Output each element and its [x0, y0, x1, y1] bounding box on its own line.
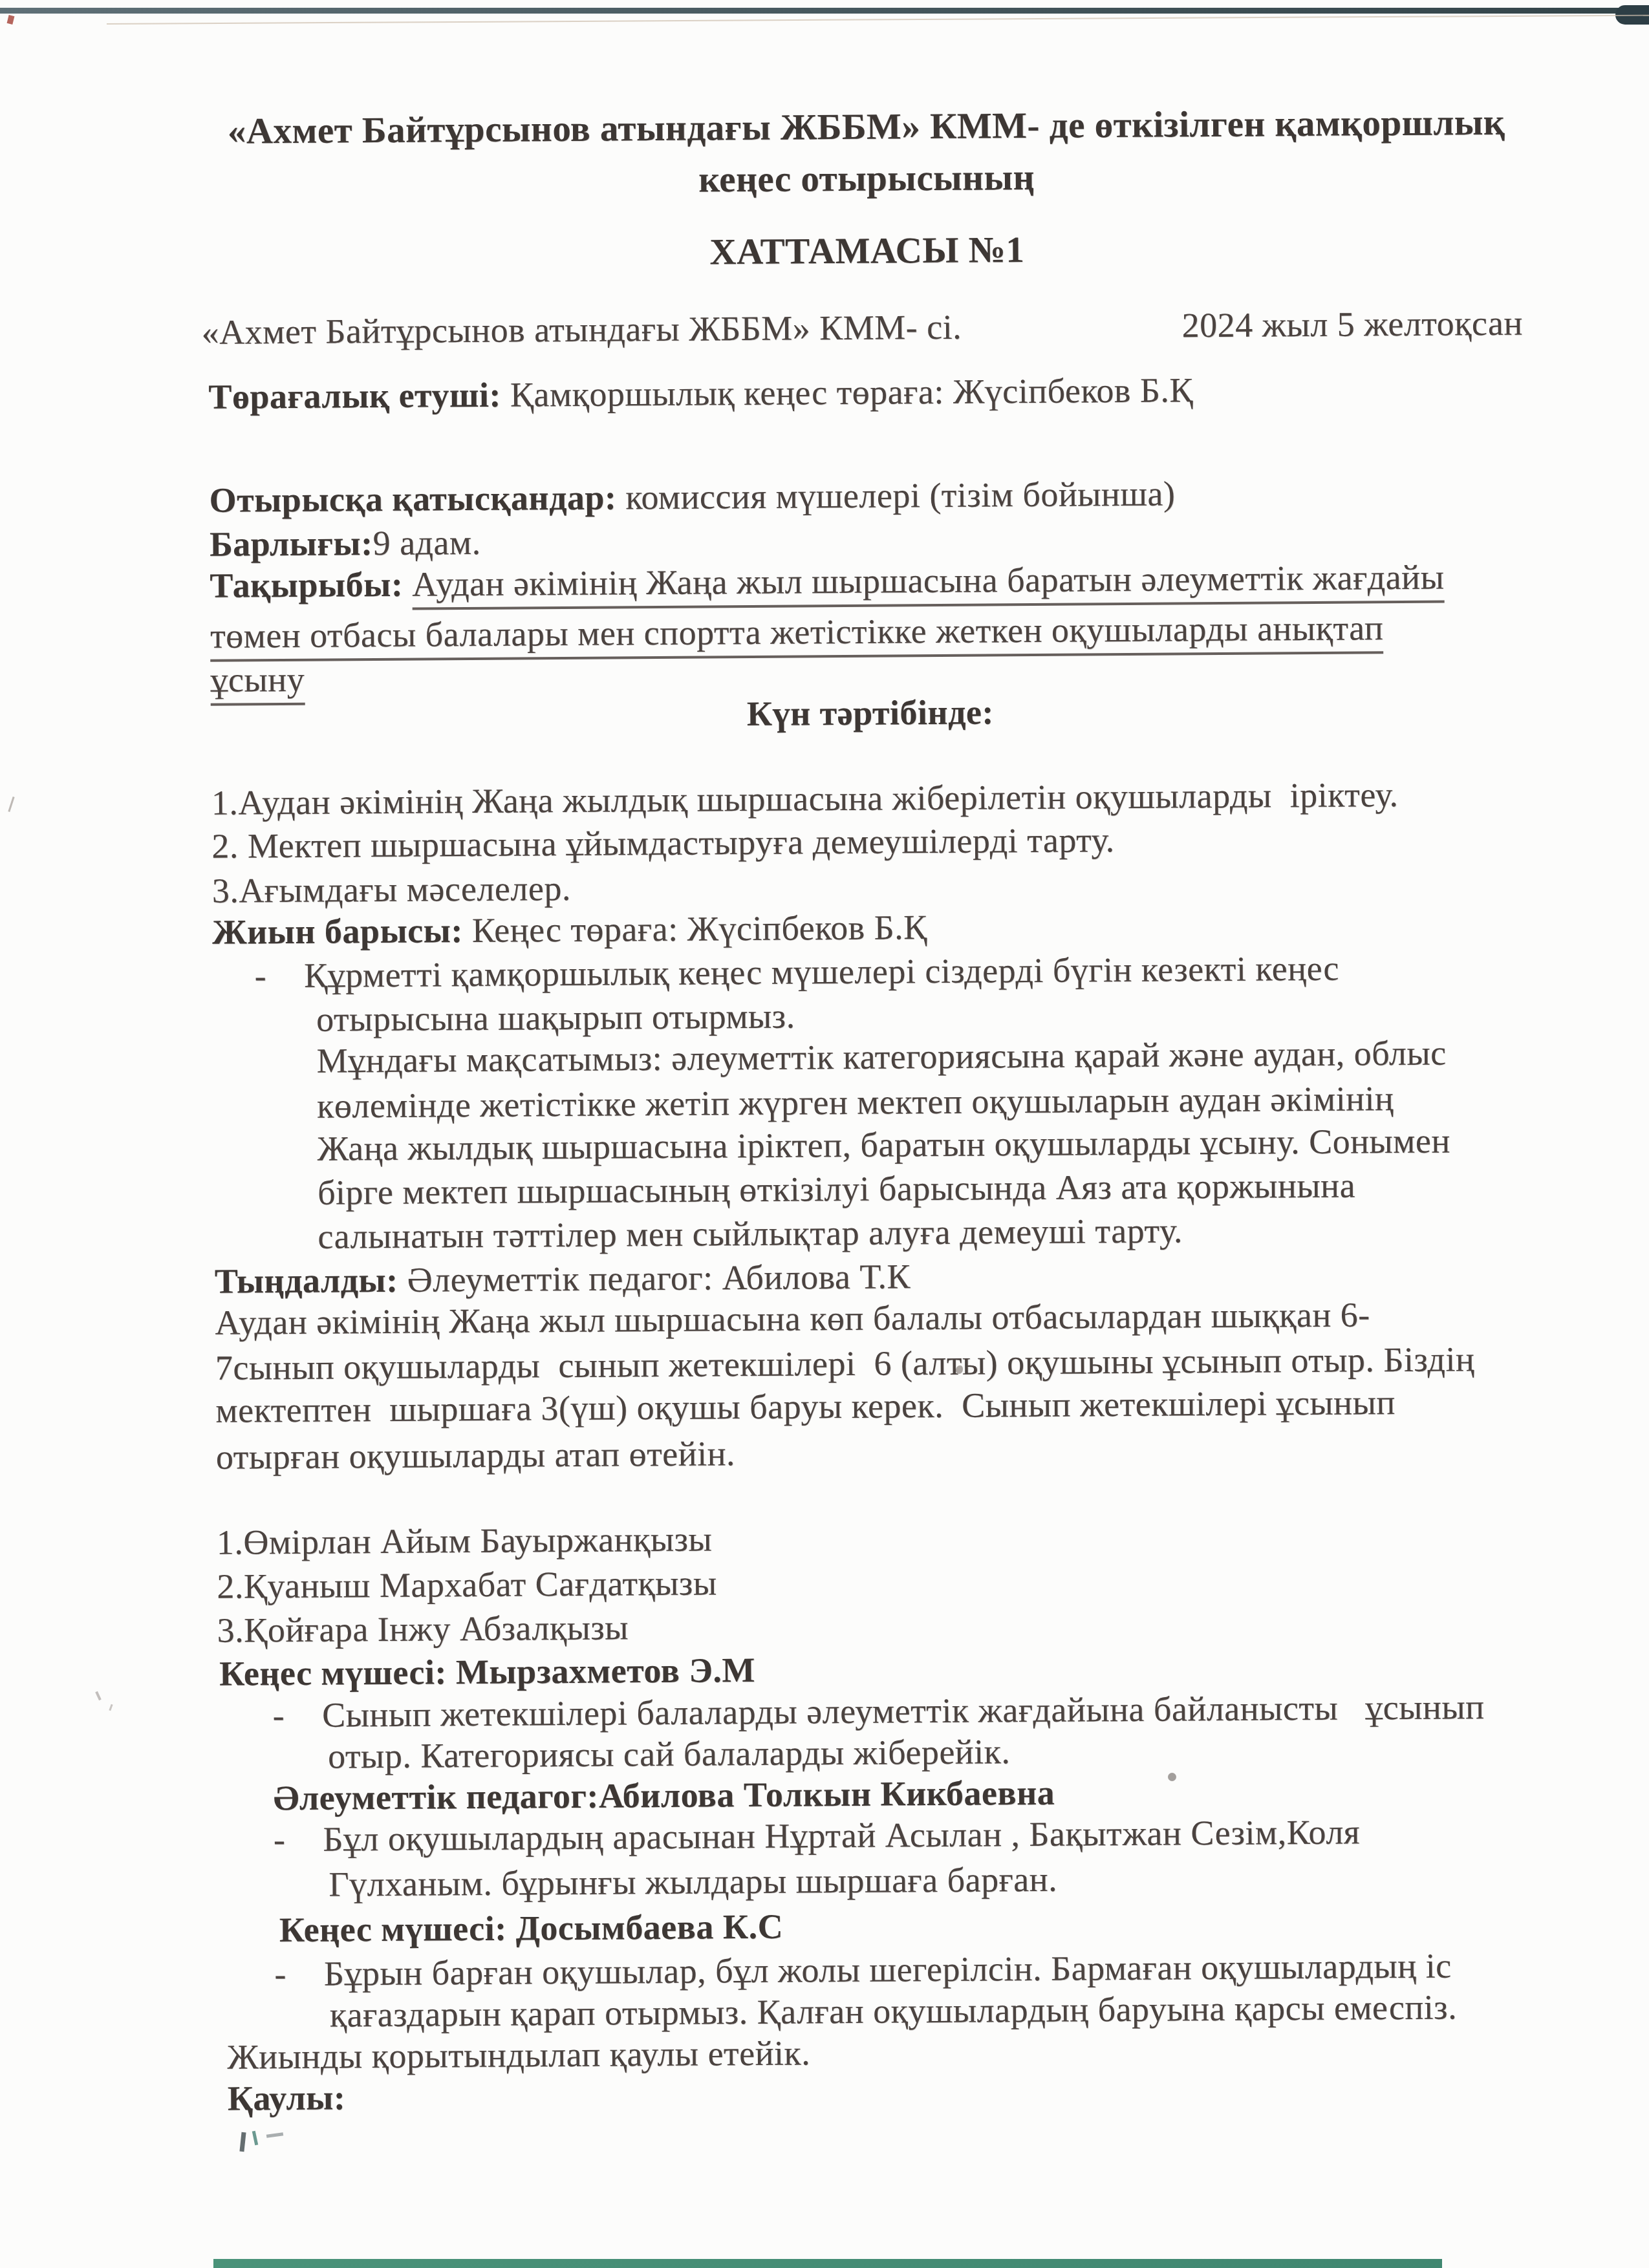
heard-para-line3: мектептен шыршаға 3(үш) оқушы баруы кере… [215, 1385, 1396, 1428]
document-title-line1: «Ахмет Байтұрсынов атындағы ЖББМ» КММ- д… [228, 104, 1505, 150]
student-1: 1.Өмірлан Айым Бауыржанқызы [217, 1521, 713, 1559]
speaker1-name: Кеңес мүшесі: Мырзахметов Э.М [219, 1653, 755, 1691]
closing-summary: Жиынды қорытындылап қаулы етейік. [227, 2035, 810, 2074]
chairperson-line: Төрағалық етуші: Қамқоршылық кеңес төрағ… [208, 372, 1193, 414]
agenda-heading: Күн тәртібінде: [747, 694, 994, 731]
document-scan: «Ахмет Байтұрсынов атындағы ЖББМ» КММ- д… [0, 0, 1649, 2268]
document-date: 2024 жыл 5 желтоқсан [1181, 306, 1523, 343]
scanned-document-page: { "colors": { "paper": "#fcfcfb", "ink":… [0, 0, 1649, 2268]
total-line: Барлығы:9 адам. [210, 525, 481, 562]
total-value: 9 адам. [372, 523, 481, 562]
chairperson-label: Төрағалық етуші: [208, 376, 501, 416]
speaker3-name: Кеңес мүшесі: Досымбаева К.С [279, 1909, 783, 1947]
speaker2-name: Әлеуметтік педагог:Абилова Толкын Кикбае… [273, 1775, 1055, 1815]
document-title-line2: кеңес отырысының [698, 159, 1035, 198]
decision-label: Қаулы: [228, 2080, 346, 2115]
bullet-dash: - [254, 958, 266, 993]
heard-line: Тыңдалды: Әлеуметтік педагог: Абилова Т.… [215, 1259, 911, 1299]
bullet-dash: - [274, 1956, 286, 1991]
purpose-line4: бірге мектеп шыршасының өткізілуі барысы… [318, 1168, 1355, 1210]
bullet-dash: - [274, 1822, 286, 1857]
topic-line3: ұсыну [210, 662, 305, 698]
agenda-item-2: 2. Мектеп шыршасына ұйымдастыруға демеуш… [211, 822, 1115, 864]
proceedings-bullet: -Құрметті қамқоршылық кеңес мүшелері сіз… [254, 951, 1339, 994]
proceedings-label: Жиын барысы: [212, 911, 463, 952]
speech2-line2: Гүлханым. бұрынғы жылдары шыршаға барған… [329, 1862, 1057, 1902]
speech1-line2: отыр. Категориясы сай балаларды жіберейі… [328, 1734, 1011, 1773]
heard-value: Әлеуметтік педагог: Абилова Т.К [398, 1257, 911, 1300]
proceedings-value: Кеңес төраға: Жүсіпбеков Б.Қ [463, 908, 927, 950]
bullet-dash: - [272, 1698, 285, 1733]
document-text: «Ахмет Байтұрсынов атындағы ЖББМ» КММ- д… [0, 0, 1649, 2268]
agenda-item-1: 1.Аудан әкімінің Жаңа жылдық шыршасына ж… [211, 777, 1399, 820]
speech3-line2: қағаздарын қарап отырмыз. Қалған оқушыла… [330, 1989, 1457, 2032]
heard-para-line1: Аудан әкімінің Жаңа жыл шыршасына көп ба… [215, 1297, 1370, 1340]
heard-label: Тыңдалды: [215, 1261, 398, 1301]
topic-line2: төмен отбасы балалары мен спортта жетіст… [210, 610, 1384, 654]
total-label: Барлығы: [210, 524, 373, 564]
student-2: 2.Қуаныш Мархабат Сағдатқызы [217, 1565, 717, 1603]
purpose-line1: Мұндағы мақсатымыз: әлеуметтік категория… [316, 1035, 1446, 1078]
attendees-value: комиссия мүшелері (тізім бойынша) [616, 474, 1175, 517]
heard-para-line4: отырған оқушыларды атап өтейін. [216, 1436, 735, 1475]
speech2-line1: -Бұл оқушылардың арасынан Нұртай Асылан … [274, 1814, 1360, 1857]
agenda-item-3: 3.Ағымдағы мәселелер. [212, 871, 571, 908]
proceedings-bullet-cont: отырысына шақырып отырмыз. [316, 999, 795, 1037]
attendees-label: Отырысқа қатысқандар: [209, 478, 616, 519]
protocol-number: ХАТТАМАСЫ №1 [709, 231, 1024, 270]
student-3: 3.Қойғара Інжу Абзалқызы [217, 1610, 629, 1647]
chairperson-value: Қамқоршылық кеңес төраға: Жүсіпбеков Б.Қ [501, 370, 1193, 414]
organization-name: «Ахмет Байтұрсынов атындағы ЖББМ» КММ- с… [202, 310, 962, 350]
topic-label: Тақырыбы: [210, 565, 403, 605]
attendees-line: Отырысқа қатысқандар: комиссия мүшелері … [209, 476, 1175, 517]
proceedings-line: Жиын барысы: Кеңес төраға: Жүсіпбеков Б.… [212, 910, 927, 950]
purpose-line5: салынатын тәттілер мен сыйлықтар алуға д… [318, 1213, 1183, 1254]
speech1-line1: -Сынып жетекшілері балаларды әлеуметтік … [272, 1689, 1484, 1733]
speech3-line1: -Бұрын барған оқушылар, бұл жолы шегеріл… [274, 1948, 1452, 1991]
purpose-line3: Жаңа жылдық шыршасына іріктеп, баратын о… [317, 1123, 1450, 1166]
purpose-line2: көлемінде жетістікке жетіп жүрген мектеп… [317, 1081, 1394, 1124]
topic-text-line1: Аудан әкімінің Жаңа жыл шыршасына бараты… [412, 557, 1445, 610]
topic-line1: Тақырыбы: Аудан әкімінің Жаңа жыл шыршас… [210, 559, 1444, 603]
heard-para-line2: 7сынып оқушыларды сынып жетекшілері 6 (а… [215, 1342, 1475, 1385]
